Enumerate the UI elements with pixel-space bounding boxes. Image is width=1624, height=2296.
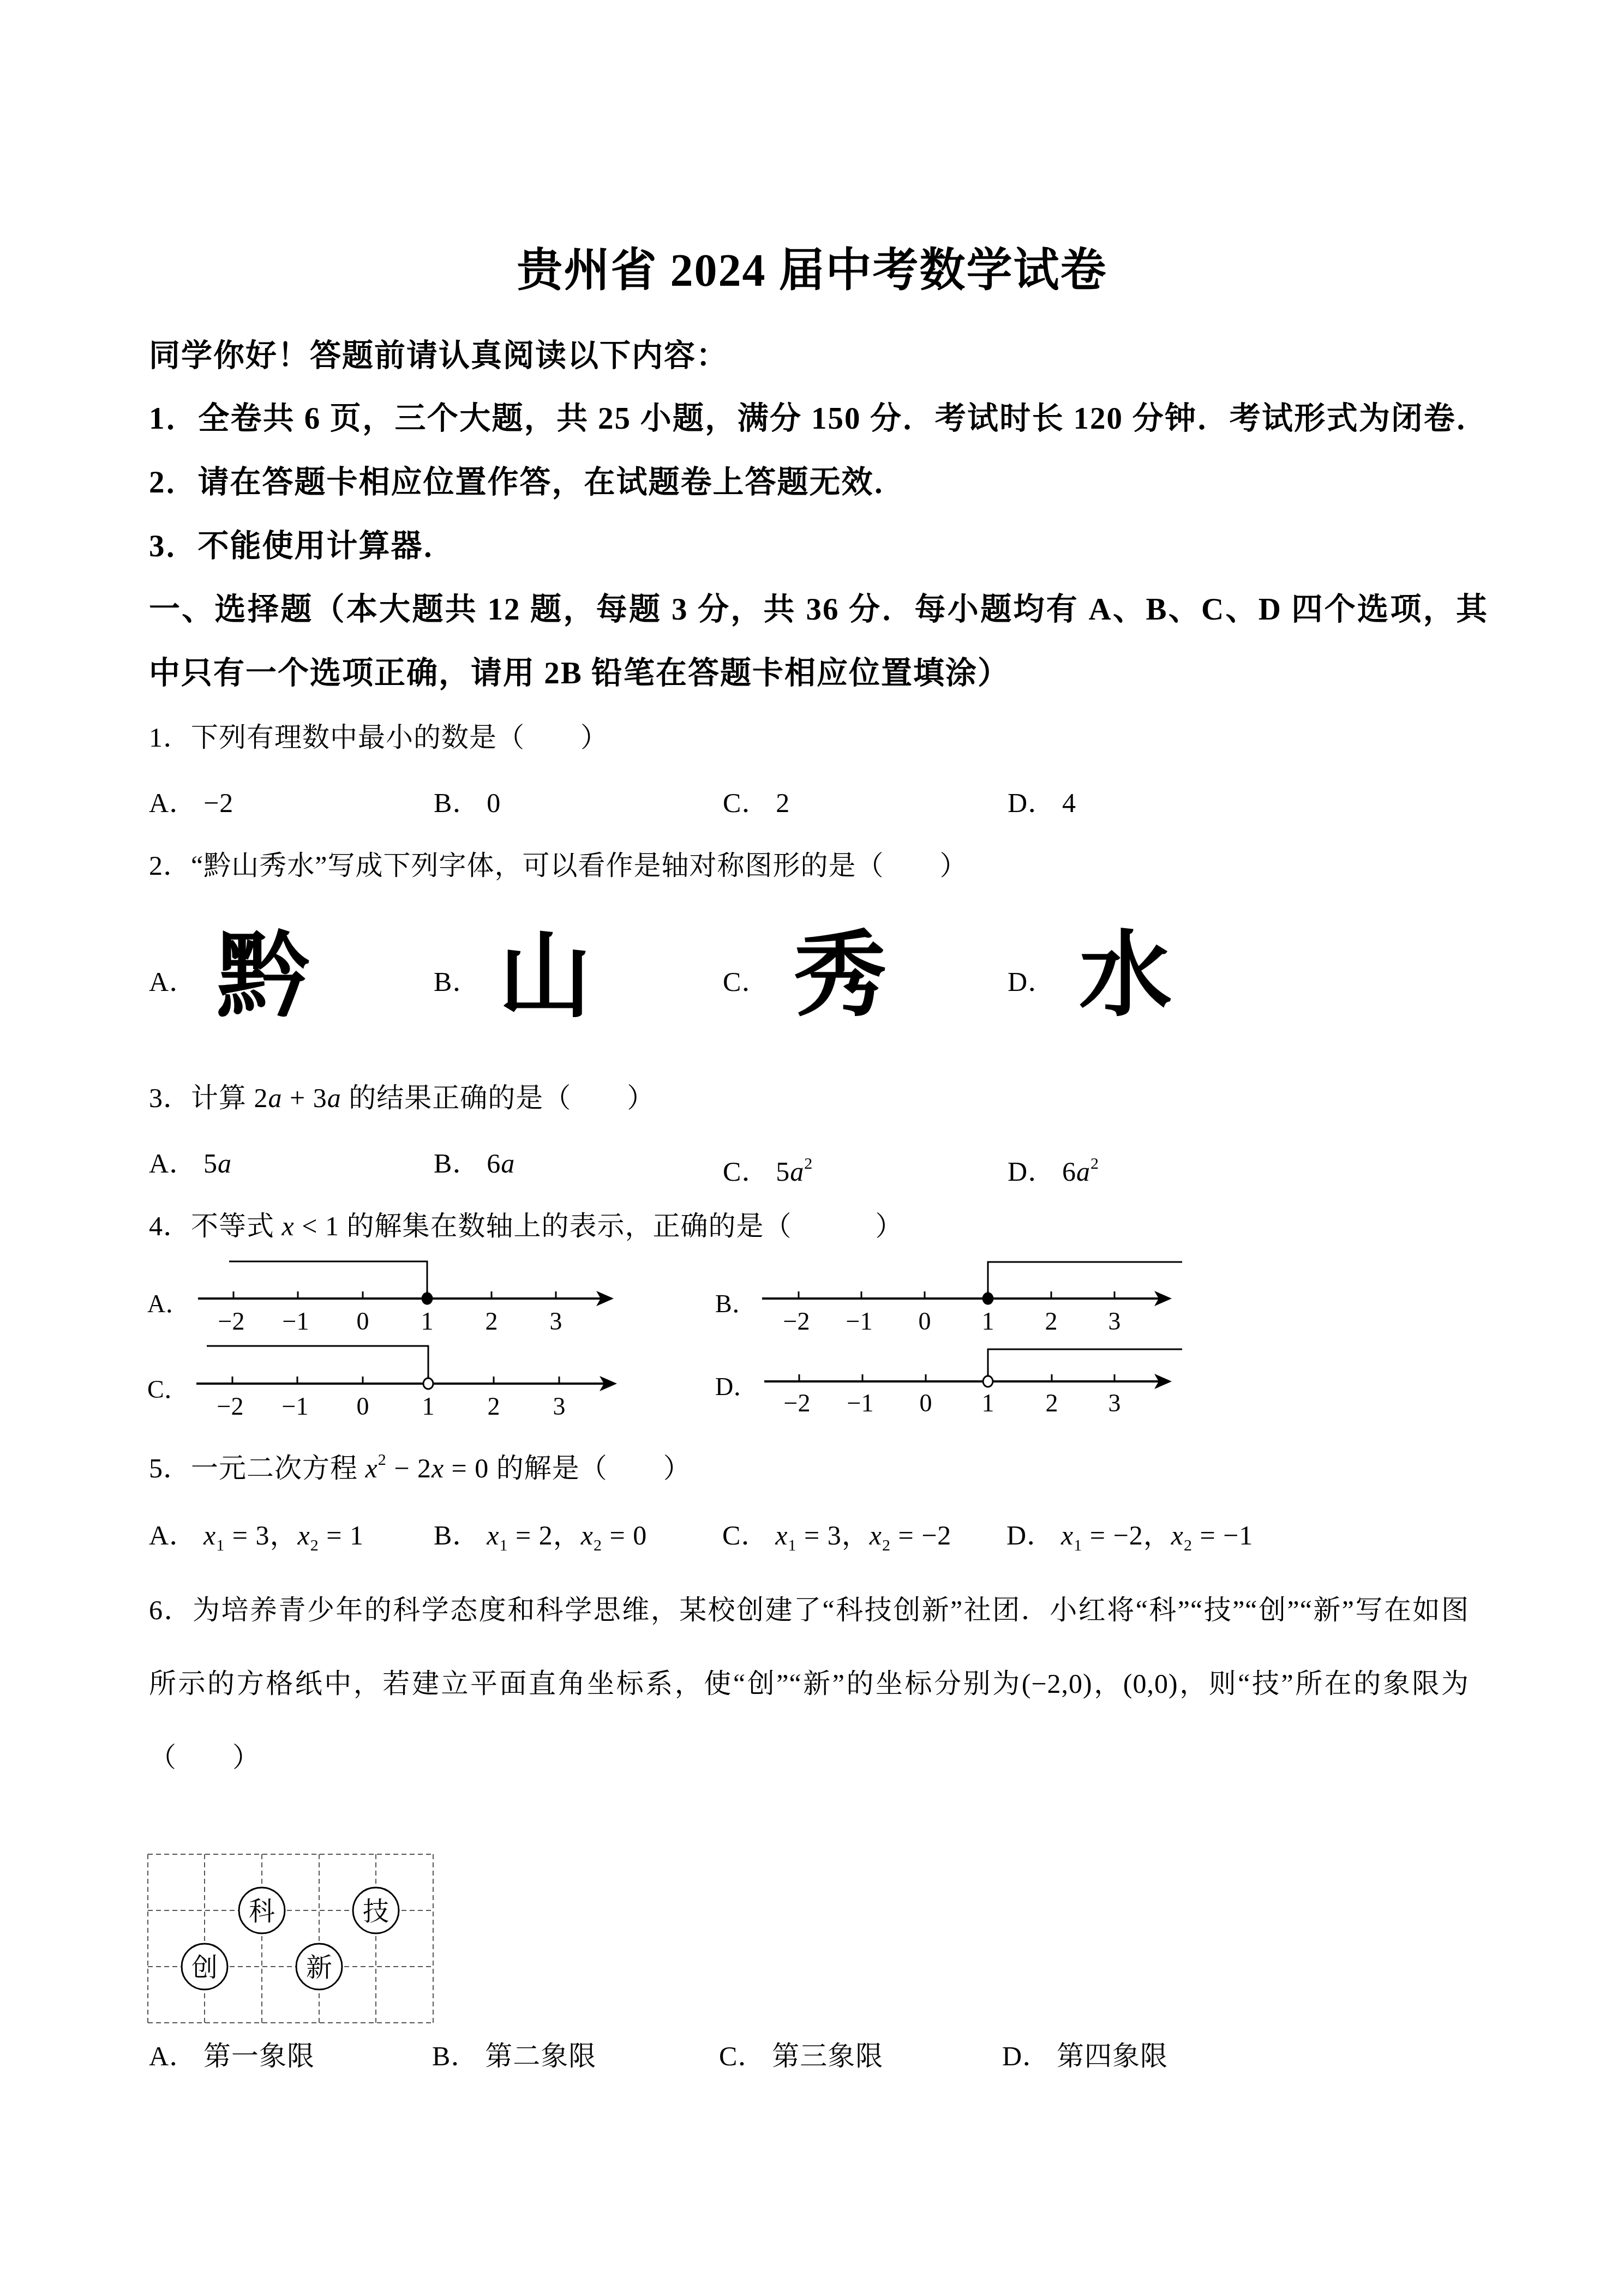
math-m: = 2 — [508, 1520, 553, 1550]
tick-label: 0 — [920, 1389, 932, 1417]
text-segment: ， — [1143, 1520, 1171, 1550]
math-sub: 2 — [594, 1536, 602, 1554]
tick-label: 1 — [421, 1307, 434, 1335]
option-label: B． — [432, 2041, 478, 2071]
q6-grid-figure: 科 技 创 新 — [142, 1849, 442, 2029]
text-segment: ， — [270, 1520, 298, 1550]
option-label: D． — [1002, 2041, 1050, 2071]
math-sub: 1 — [216, 1536, 225, 1554]
solution-bracket — [988, 1262, 1182, 1299]
math-i: x — [1061, 1520, 1074, 1550]
math-sup: 2 — [1090, 1154, 1099, 1172]
question-5-stem: 5．一元二次方程 x2 − 2x = 0 的解是（ ） — [149, 1441, 691, 1487]
math-sub: 1 — [500, 1536, 508, 1554]
math-sup: 2 — [804, 1154, 813, 1172]
q2-option-c-label: C． — [723, 963, 769, 1001]
option-label: A． — [147, 1290, 190, 1318]
marker-ke: 科 — [239, 1888, 285, 1933]
math-m: = 0 — [602, 1520, 647, 1550]
q2-option-d-label: D． — [1008, 963, 1056, 1001]
text-segment: 2．“黔山秀水”写成下列字体，可以看作是轴对称图形的是（ ） — [149, 850, 967, 881]
q5-option-d: D．x1 = −2，x2 = −1 — [1006, 1516, 1253, 1565]
option-content: −2 — [203, 788, 233, 818]
math-m: 4 — [1062, 788, 1076, 818]
math-m: = −2 — [891, 1520, 951, 1550]
q2-option-d-glyph: 水 — [1060, 927, 1191, 1025]
math-m: = −2 — [1082, 1520, 1143, 1550]
tick-label: −2 — [783, 1307, 810, 1335]
question-3-stem: 3．计算 2a + 3a 的结果正确的是（ ） — [149, 1079, 655, 1117]
math-i: a — [218, 1148, 232, 1179]
option-label: D． — [1008, 1156, 1056, 1187]
text-segment: 的结果正确的是（ ） — [341, 1083, 655, 1113]
q1-option-c: C．2 — [723, 784, 790, 822]
math-m: = 0 — [444, 1453, 489, 1483]
text-segment: 所示的方格纸中，若建立平面直角坐标系，使“创”“新”的坐标分别为 — [149, 1668, 1022, 1699]
tick-label: 3 — [550, 1307, 562, 1335]
math-i: x — [298, 1520, 310, 1550]
tick-label: 2 — [1045, 1307, 1058, 1335]
text-segment: 3．计算 — [149, 1083, 254, 1113]
page-title: 贵州省 2024 届中考数学试卷 — [0, 244, 1624, 298]
math-sub: 1 — [788, 1536, 797, 1554]
text-segment: ， — [842, 1520, 870, 1550]
q6-option-a: A．第一象限 — [149, 2037, 315, 2075]
q2-option-a-glyph: 黔 — [197, 928, 328, 1026]
option-content: 6a — [487, 1148, 515, 1179]
tick-label: 0 — [357, 1307, 369, 1335]
question-1-stem: 1．下列有理数中最小的数是（ ） — [149, 718, 608, 756]
q4-option-b-number-line: B． −2 −1 0 1 2 3 — [715, 1262, 1182, 1335]
math-sub: 1 — [1074, 1536, 1082, 1554]
q6-option-c: C．第三象限 — [719, 2037, 883, 2075]
q1-option-b: B．0 — [434, 784, 501, 822]
q2-option-b-label: B． — [434, 963, 480, 1001]
q3-option-c: C．5a2 — [723, 1144, 813, 1191]
option-content: 2 — [776, 788, 790, 818]
text-segment: 第四象限 — [1057, 2041, 1168, 2071]
option-content: 0 — [487, 788, 501, 818]
math-i: x — [775, 1520, 788, 1550]
tick-label: −2 — [217, 1392, 244, 1420]
notice-item-2: 2．请在答题卡相应位置作答，在试题卷上答题无效． — [149, 461, 906, 504]
tick-label: −1 — [847, 1389, 874, 1417]
math-m: 6 — [1062, 1156, 1076, 1187]
math-i: x — [487, 1520, 499, 1550]
option-content: x1 = 3，x2 = 1 — [203, 1520, 364, 1550]
q4-option-a-number-line: A． −2 −1 0 1 2 3 — [147, 1261, 614, 1335]
option-content: 5a2 — [776, 1156, 813, 1187]
math-sub: 2 — [882, 1536, 891, 1554]
option-label: B． — [434, 1148, 480, 1179]
tick-label: 2 — [1046, 1389, 1058, 1417]
q1-option-a: A．−2 — [149, 784, 233, 822]
math-i: a — [501, 1148, 515, 1179]
tick-label: −1 — [846, 1307, 873, 1335]
option-label: A． — [149, 1148, 197, 1179]
option-content: x1 = 3，x2 = −2 — [775, 1520, 951, 1550]
q5-option-b: B．x1 = 2，x2 = 0 — [434, 1516, 647, 1565]
text-segment: （ ） — [149, 1742, 260, 1772]
marker-chuang: 创 — [182, 1944, 227, 1990]
math-m: + 3 — [283, 1083, 327, 1113]
tick-label: 1 — [982, 1307, 994, 1335]
notice-greeting: 同学你好！答题前请认真阅读以下内容： — [149, 334, 728, 378]
math-m: = 3 — [797, 1520, 842, 1550]
question-2-stem: 2．“黔山秀水”写成下列字体，可以看作是轴对称图形的是（ ） — [149, 846, 967, 885]
tick-label: 3 — [1108, 1307, 1121, 1335]
math-m: − 2 — [387, 1453, 432, 1483]
option-label: C． — [723, 1156, 769, 1187]
q4-number-lines: A． −2 −1 0 1 2 3 C． −2 −1 — [142, 1249, 1206, 1429]
tick-label: 3 — [553, 1392, 566, 1420]
tick-label: 2 — [488, 1392, 500, 1420]
option-content: 第一象限 — [203, 2041, 315, 2071]
option-label: D． — [715, 1373, 758, 1401]
tick-label: −1 — [282, 1392, 309, 1420]
text-segment: 的解集在数轴上的表示，正确的是（ ） — [339, 1211, 903, 1241]
option-label: B． — [434, 788, 480, 818]
tick-label: 2 — [486, 1307, 498, 1335]
tick-label: −1 — [283, 1307, 309, 1335]
q6-option-d: D．第四象限 — [1002, 2037, 1168, 2075]
math-i: x — [203, 1520, 216, 1550]
tick-label: 3 — [1108, 1389, 1121, 1417]
text-segment: ， — [1093, 1668, 1123, 1699]
q4-option-c-number-line: C． −2 −1 0 1 2 3 — [147, 1346, 617, 1420]
math-m: 5 — [203, 1148, 218, 1179]
q2-option-c-glyph: 秀 — [775, 927, 906, 1025]
option-label: C． — [719, 2041, 765, 2071]
option-content: 5a — [203, 1148, 232, 1179]
text-segment: 的解是（ ） — [489, 1453, 691, 1483]
q2-option-a-label: A． — [149, 963, 197, 1001]
math-i: x — [282, 1211, 295, 1241]
q4-option-d-number-line: D． −2 −1 0 1 2 3 — [715, 1349, 1182, 1417]
dashed-grid — [148, 1854, 433, 2023]
tick-label: 1 — [422, 1392, 435, 1420]
notice-item-3: 3．不能使用计算器． — [149, 525, 456, 568]
endpoint-dot — [423, 1378, 433, 1389]
option-label: A． — [149, 1520, 197, 1550]
tick-label: 1 — [982, 1389, 994, 1417]
endpoint-dot — [983, 1376, 993, 1387]
math-i: a — [327, 1083, 341, 1113]
option-content: x1 = 2，x2 = 0 — [487, 1520, 647, 1550]
tick-label: 0 — [919, 1307, 931, 1335]
option-label: C． — [147, 1375, 189, 1403]
q2-option-b-glyph: 山 — [480, 928, 610, 1026]
option-content: 第四象限 — [1057, 2041, 1168, 2071]
question-6-stem-line-2: 所示的方格纸中，若建立平面直角坐标系，使“创”“新”的坐标分别为(−2,0)，(… — [149, 1664, 1469, 1703]
math-i: x — [581, 1520, 594, 1550]
math-i: a — [1076, 1156, 1090, 1187]
q5-option-a: A．x1 = 3，x2 = 1 — [149, 1516, 364, 1565]
marker-char: 技 — [363, 1897, 389, 1926]
tick-label: −2 — [784, 1389, 811, 1417]
text-segment: 6．为培养青少年的科学态度和科学思维，某校创建了“科技创新”社团．小红将“科”“… — [149, 1595, 1469, 1625]
option-label: A． — [149, 788, 197, 818]
math-m: 2 — [776, 788, 790, 818]
text-segment: 第三象限 — [772, 2041, 883, 2071]
q3-option-b: B．6a — [434, 1144, 515, 1182]
q3-option-a: A．5a — [149, 1144, 232, 1182]
math-m: < 1 — [295, 1211, 339, 1241]
math-i: x — [432, 1453, 444, 1483]
tick-label: 0 — [357, 1392, 369, 1420]
option-label: D． — [1006, 1520, 1054, 1550]
math-m: 0 — [487, 788, 501, 818]
option-label: C． — [722, 1520, 769, 1550]
question-6-stem-line-3: （ ） — [149, 1738, 260, 1776]
math-m: = 3 — [225, 1520, 269, 1550]
tick-label: −2 — [218, 1307, 245, 1335]
option-label: B． — [434, 1520, 480, 1550]
option-label: A． — [149, 2041, 197, 2071]
solution-bracket — [207, 1346, 428, 1384]
math-m: 5 — [776, 1156, 790, 1187]
solution-bracket — [988, 1349, 1182, 1381]
math-m: = 1 — [319, 1520, 364, 1550]
math-sub: 2 — [310, 1536, 319, 1554]
math-i: a — [790, 1156, 804, 1187]
math-m: −2 — [203, 788, 233, 818]
solution-bracket — [229, 1261, 427, 1299]
math-i: x — [365, 1453, 378, 1483]
text-segment: ， — [553, 1520, 581, 1550]
text-segment: ，则“技”所在的象限为 — [1178, 1668, 1469, 1699]
option-label: C． — [723, 788, 769, 818]
math-i: x — [870, 1520, 882, 1550]
option-content: 第三象限 — [772, 2041, 883, 2071]
math-m: (−2,0) — [1022, 1668, 1093, 1699]
section-header-line-2: 中只有一个选项正确，请用 2B 铅笔在答题卡相应位置填涂） — [149, 652, 1010, 695]
text-segment: 4．不等式 — [149, 1211, 282, 1241]
marker-char: 新 — [306, 1954, 332, 1982]
question-4-stem: 4．不等式 x < 1 的解集在数轴上的表示，正确的是（ ） — [149, 1207, 903, 1245]
q5-option-c: C．x1 = 3，x2 = −2 — [722, 1516, 951, 1565]
question-6-stem-line-1: 6．为培养青少年的科学态度和科学思维，某校创建了“科技创新”社团．小红将“科”“… — [149, 1591, 1469, 1629]
text-segment: 1．下列有理数中最小的数是（ ） — [149, 722, 608, 753]
text-segment: 5．一元二次方程 — [149, 1453, 365, 1483]
marker-char: 科 — [249, 1897, 275, 1926]
option-content: 第二象限 — [485, 2041, 596, 2071]
math-i: x — [1171, 1520, 1184, 1550]
q3-option-d: D．6a2 — [1008, 1144, 1099, 1191]
math-i: a — [268, 1083, 283, 1113]
notice-item-1: 1．全卷共 6 页，三个大题，共 25 小题，满分 150 分．考试时长 120… — [149, 397, 1488, 441]
marker-xin: 新 — [296, 1944, 342, 1990]
section-header-line-1: 一、选择题（本大题共 12 题，每题 3 分，共 36 分．每小题均有 A、B、… — [149, 588, 1488, 632]
text-segment: 第二象限 — [485, 2041, 596, 2071]
option-label: D． — [1008, 788, 1056, 818]
math-sub: 2 — [1184, 1536, 1192, 1554]
option-content: 4 — [1062, 788, 1076, 818]
q6-option-b: B．第二象限 — [432, 2037, 596, 2075]
marker-ji: 技 — [353, 1888, 399, 1933]
endpoint-dot — [422, 1293, 432, 1304]
endpoint-dot — [983, 1293, 993, 1304]
option-content: 6a2 — [1062, 1156, 1099, 1187]
text-segment: 第一象限 — [203, 2041, 315, 2071]
math-m: = −1 — [1192, 1520, 1253, 1550]
math-m: (0,0) — [1123, 1668, 1178, 1699]
math-sup: 2 — [378, 1451, 387, 1469]
marker-char: 创 — [191, 1954, 218, 1982]
math-m: 6 — [487, 1148, 501, 1179]
math-m: 2 — [254, 1083, 268, 1113]
q1-option-d: D．4 — [1008, 784, 1076, 822]
option-content: x1 = −2，x2 = −1 — [1061, 1520, 1253, 1550]
option-label: B． — [715, 1290, 757, 1318]
